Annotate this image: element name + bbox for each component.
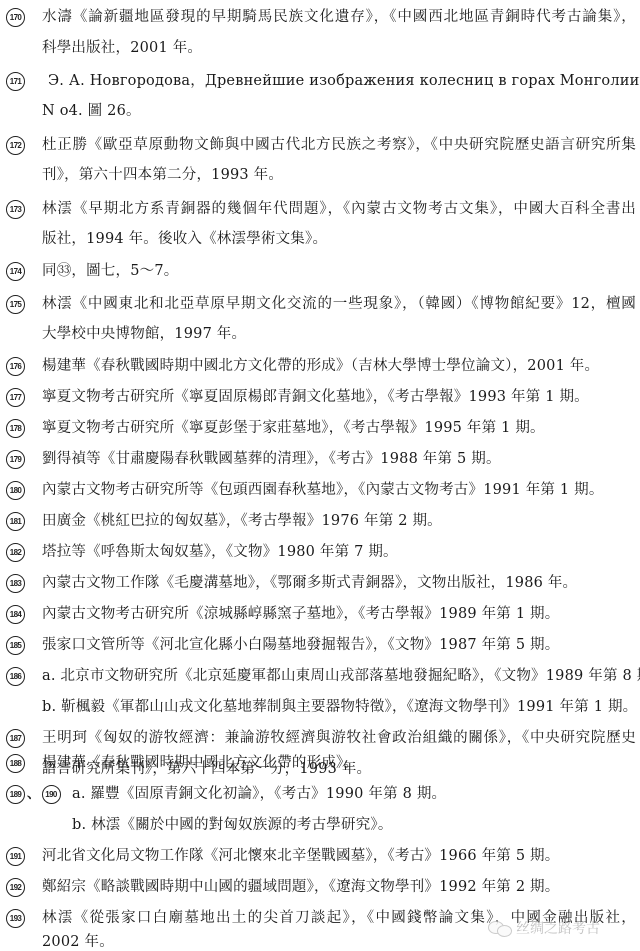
footnote-text: 科學出版社，2001 年。 [42, 38, 202, 58]
footnote-number: 181 [6, 511, 25, 531]
footnote-number: 187 [6, 728, 25, 748]
watermark-text: 丝绸之路考古 [516, 918, 600, 938]
footnote-text: 內蒙古文物工作隊《毛慶溝墓地》，《鄂爾多斯式青銅器》，文物出版社，1986 年。 [42, 573, 577, 593]
footnote-text-b: b. 林澐《關於中國的對匈奴族源的考古學研究》。 [72, 815, 393, 835]
footnote-number: 174 [6, 261, 25, 281]
footnote-number: 182 [6, 542, 25, 562]
footnote-text: 2002 年。 [42, 932, 114, 951]
footnote-text: 楊建華《春秋戰國時期中國北方文化帶的形成》（吉林大學博士學位論文），2001 年… [42, 356, 599, 376]
footnote-text: 內蒙古文物考古研究所等《包頭西園春秋墓地》，《內蒙古文物考古》1991 年第 1… [42, 480, 604, 500]
footnote-text: 張家口文管所等《河北宣化縣小白陽墓地發掘報告》，《文物》1987 年第 5 期。 [42, 635, 559, 655]
footnote-text: 刊》，第六十四本第二分，1993 年。 [42, 165, 283, 185]
footnote-text: 寧夏文物考古研究所《寧夏彭堡于家莊墓地》，《考古學報》1995 年第 1 期。 [42, 418, 545, 438]
footnote-number: 186 [6, 666, 25, 686]
footnote-number: 180 [6, 480, 25, 500]
footnote-188-text: 楊建華《春秋戰國時期中國北方文化帶的形成》。 [42, 753, 358, 773]
footnote-number: 177 [6, 387, 25, 407]
footnote-text: 王明珂《匈奴的游牧經濟：兼論游牧經濟與游牧社會政治組織的關係》，《中央研究院歷史 [42, 728, 636, 748]
footnote-number: 175 [6, 294, 25, 314]
footnote-number: 176 [6, 356, 25, 376]
watermark: 丝绸之路考古 [488, 918, 600, 938]
footnote-text: 田廣金《桃紅巴拉的匈奴墓》，《考古學報》1976 年第 2 期。 [42, 511, 442, 531]
footnote-text: 版社，1994 年。後收入《林澐學術文集》。 [42, 229, 327, 249]
footnote-number: 179 [6, 449, 25, 469]
footnote-number: 173 [6, 199, 25, 219]
footnote-number: 185 [6, 635, 25, 655]
footnote-text: 內蒙古文物考古研究所《涼城縣崞縣窯子墓地》，《考古學報》1989 年第 1 期。 [42, 604, 559, 624]
footnote-text-a: a. 羅豐《固原青銅文化初論》，《考古》1990 年第 8 期。 [72, 784, 446, 804]
footnote-text-b: b. 靳楓毅《軍都山山戎文化墓地葬制與主要器物特徵》，《遼海文物學刊》1991 … [42, 697, 637, 717]
footnote-number: 193 [6, 908, 25, 928]
footnote-number: 184 [6, 604, 25, 624]
footnote-text: N o4. 圖 26。 [42, 101, 141, 121]
footnote-text: 塔拉等《呼魯斯太匈奴墓》，《文物》1980 年第 7 期。 [42, 542, 398, 562]
footnote-number: 172 [6, 135, 25, 155]
footnote-text: 水濤《論新疆地區發現的早期騎馬民族文化遺存》，《中國西北地區青銅時代考古論集》， [42, 7, 636, 27]
footnotes-page: 170 水濤《論新疆地區發現的早期騎馬民族文化遺存》，《中國西北地區青銅時代考古… [0, 0, 640, 951]
footnote-text: 林澐《中國東北和北亞草原早期文化交流的一些現象》，（韓國）《博物館紀要》12，檀… [42, 294, 636, 314]
footnote-text: 河北省文化局文物工作隊《河北懷來北辛堡戰國墓》，《考古》1966 年第 5 期。 [42, 846, 559, 866]
footnote-text: Э. А. Новгородова，Древнейшие изображения… [48, 71, 636, 91]
footnote-text: 劉得禎等《甘肅慶陽春秋戰國墓葬的清理》，《考古》1988 年第 5 期。 [42, 449, 501, 469]
footnote-number: 178 [6, 418, 25, 438]
footnote-text: 寧夏文物考古研究所《寧夏固原楊郎青銅文化墓地》，《考古學報》1993 年第 1 … [42, 387, 589, 407]
footnote-number: 188 [6, 753, 25, 773]
footnote-number: 170 [6, 7, 25, 27]
footnote-number: 183 [6, 573, 25, 593]
wechat-icon [488, 919, 512, 937]
footnote-number: 189、190 [6, 784, 61, 805]
footnote-text: 同㉝，圖七，5～7。 [42, 261, 178, 281]
footnote-text: 杜正勝《歐亞草原動物文飾與中國古代北方民族之考察》，《中央研究院歷史語言研究所集 [42, 135, 636, 155]
footnote-number: 192 [6, 877, 25, 897]
footnote-text-a: a. 北京市文物研究所《北京延慶軍都山東周山戎部落墓地發掘紀略》，《文物》198… [42, 666, 640, 686]
footnote-text: 林澐《早期北方系青銅器的幾個年代問題》，《內蒙古文物考古文集》，中國大百科全書出 [42, 199, 636, 219]
footnote-number: 171 [6, 71, 25, 91]
footnote-text: 大學校中央博物館，1997 年。 [42, 324, 246, 344]
footnote-text: 鄭紹宗《略談戰國時期中山國的疆域問題》，《遼海文物學刊》1992 年第 2 期。 [42, 877, 559, 897]
footnote-number: 191 [6, 846, 25, 866]
